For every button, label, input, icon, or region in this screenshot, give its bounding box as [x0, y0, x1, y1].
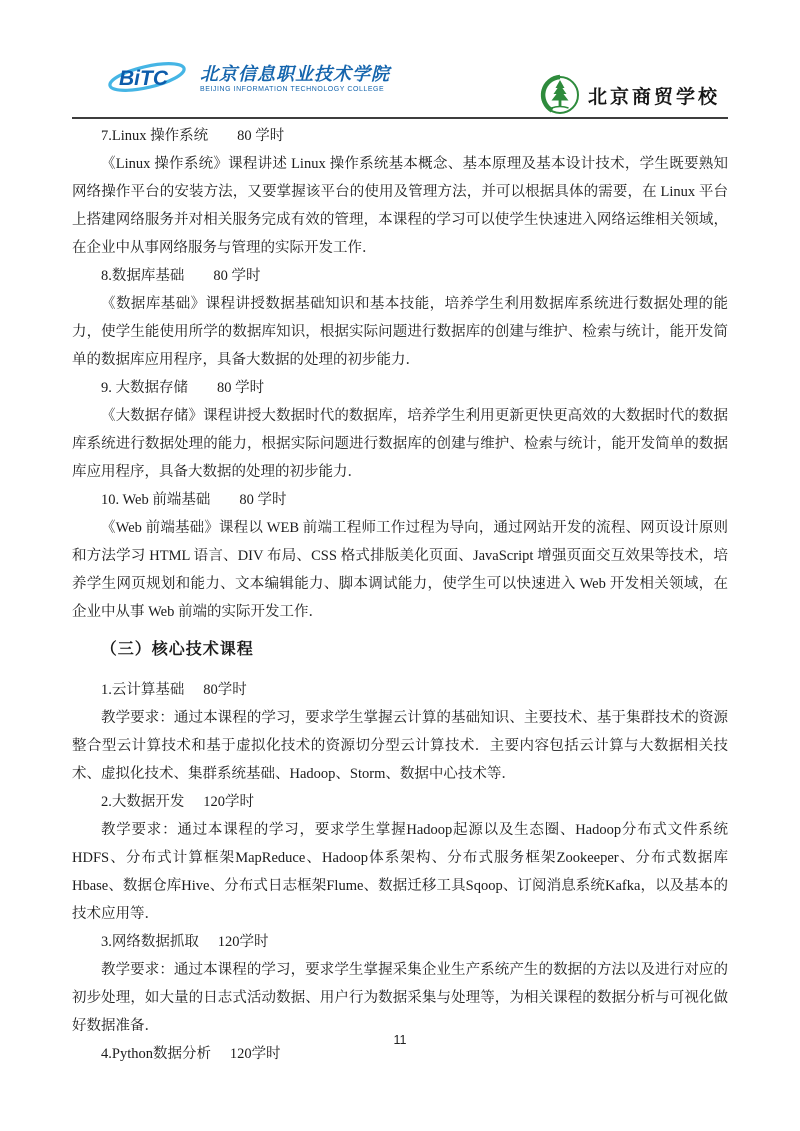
bitc-logo: BiTC 北京信息职业技术学院 BEIJING INFORMATION TECH…: [106, 58, 390, 104]
course-title-web-scraping: 3.网络数据抓取120学时: [72, 928, 728, 956]
course-name: 3.网络数据抓取: [101, 934, 199, 950]
course-title-bigdata-storage: 9. 大数据存储80 学时: [72, 374, 728, 402]
commerce-school-name: 北京商贸学校: [588, 82, 720, 109]
course-hours: 80 学时: [217, 380, 264, 396]
course-name: 8.数据库基础: [101, 268, 184, 284]
tree-emblem-icon: [539, 74, 581, 116]
bitc-swoosh-icon: BiTC: [106, 58, 198, 104]
course-title-bigdata-dev: 2.大数据开发120学时: [72, 788, 728, 816]
course-title-web-frontend: 10. Web 前端基础80 学时: [72, 486, 728, 514]
course-hours: 120学时: [203, 794, 254, 810]
bitc-chinese-name: 北京信息职业技术学院: [200, 64, 390, 84]
header-divider: [72, 117, 728, 119]
course-title-database: 8.数据库基础80 学时: [72, 262, 728, 290]
course-hours: 80 学时: [213, 268, 260, 284]
course-description-web-frontend: 《Web 前端基础》课程以 WEB 前端工程师工作过程为导向，通过网站开发的流程…: [72, 514, 728, 626]
course-hours: 80 学时: [239, 492, 286, 508]
course-name: 2.大数据开发: [101, 794, 184, 810]
course-description-bigdata-dev: 教学要求：通过本课程的学习，要求学生掌握Hadoop起源以及生态圈、Hadoop…: [72, 816, 728, 928]
course-description-web-scraping: 教学要求：通过本课程的学习，要求学生掌握采集企业生产系统产生的数据的方法以及进行…: [72, 956, 728, 1040]
page-footer: 11: [0, 1033, 800, 1047]
course-title-cloud-computing: 1.云计算基础80学时: [72, 676, 728, 704]
bitc-logo-text: 北京信息职业技术学院 BEIJING INFORMATION TECHNOLOG…: [200, 58, 390, 93]
svg-text:BiTC: BiTC: [119, 67, 169, 90]
section-heading-core-courses: （三）核心技术课程: [72, 636, 728, 664]
bitc-english-name: BEIJING INFORMATION TECHNOLOGY COLLEGE: [200, 86, 390, 93]
course-description-cloud-computing: 教学要求：通过本课程的学习，要求学生掌握云计算的基础知识、主要技术、基于集群技术…: [72, 704, 728, 788]
course-hours: 80学时: [203, 682, 247, 698]
course-description-linux: 《Linux 操作系统》课程讲述 Linux 操作系统基本概念、基本原理及基本设…: [72, 150, 728, 262]
course-hours: 80 学时: [237, 128, 284, 144]
course-hours: 120学时: [218, 934, 269, 950]
course-description-bigdata-storage: 《大数据存储》课程讲授大数据时代的数据库，培养学生利用更新更快更高效的大数据时代…: [72, 402, 728, 486]
course-name: 7.Linux 操作系统: [101, 128, 208, 144]
course-name: 9. 大数据存储: [101, 380, 188, 396]
page-number: 11: [394, 1033, 407, 1047]
document-page: BiTC 北京信息职业技术学院 BEIJING INFORMATION TECH…: [0, 0, 800, 1131]
course-name: 10. Web 前端基础: [101, 492, 210, 508]
course-title-linux: 7.Linux 操作系统80 学时: [72, 122, 728, 150]
course-hours: 120学时: [230, 1046, 281, 1062]
course-name: 1.云计算基础: [101, 682, 184, 698]
course-description-database: 《数据库基础》课程讲授数据基础知识和基本技能，培养学生利用数据库系统进行数据处理…: [72, 290, 728, 374]
commerce-school-logo: 北京商贸学校: [539, 74, 720, 116]
course-name: 4.Python数据分析: [101, 1046, 211, 1062]
document-body: 7.Linux 操作系统80 学时 《Linux 操作系统》课程讲述 Linux…: [72, 122, 728, 1068]
